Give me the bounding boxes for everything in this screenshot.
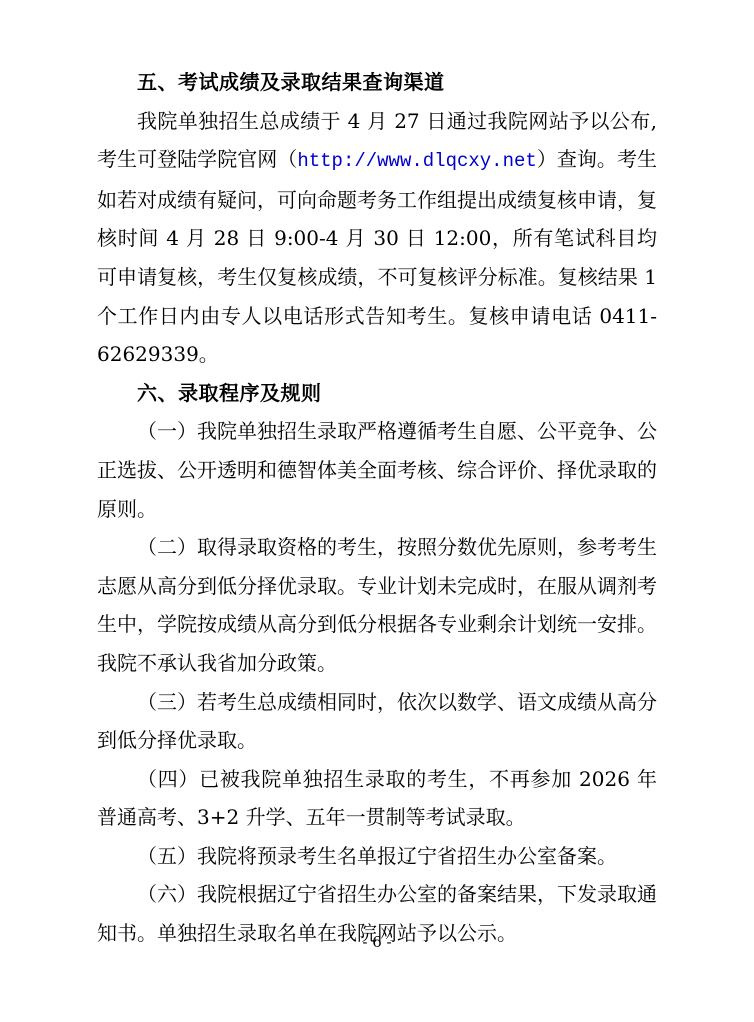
page-number: - 6 - [0,932,754,952]
paragraph-text-after-link: ）查询。考生如若对成绩有疑问，可向命题考务工作组提出成绩复核申请，复核时间 4 … [97,147,657,366]
section-6-item-5: （五）我院将预录考生名单报辽宁省招生办公室备案。 [97,837,657,876]
section-6-heading: 六、录取程序及规则 [97,374,657,413]
document-page: 五、考试成绩及录取结果查询渠道 我院单独招生总成绩于 4 月 27 日通过我院网… [0,0,754,1022]
section-5-heading: 五、考试成绩及录取结果查询渠道 [97,63,657,102]
section-6-item-3: （三）若考生总成绩相同时，依次以数学、语文成绩从高分到低分择优录取。 [97,683,657,760]
section-6-item-4: （四）已被我院单独招生录取的考生，不再参加 2026 年普通高考、3+2 升学、… [97,760,657,837]
section-6-item-1: （一）我院单独招生录取严格遵循考生自愿、公平竞争、公正选拔、公开透明和德智体美全… [97,412,657,528]
section-5-paragraph: 我院单独招生总成绩于 4 月 27 日通过我院网站予以公布,考生可登陆学院官网（… [97,102,657,374]
college-website-link[interactable]: http://www.dlqcxy.net [297,150,536,172]
section-6-item-2: （二）取得录取资格的考生，按照分数优先原则，参考考生志愿从高分到低分择优录取。专… [97,528,657,682]
document-body: 五、考试成绩及录取结果查询渠道 我院单独招生总成绩于 4 月 27 日通过我院网… [97,63,657,953]
